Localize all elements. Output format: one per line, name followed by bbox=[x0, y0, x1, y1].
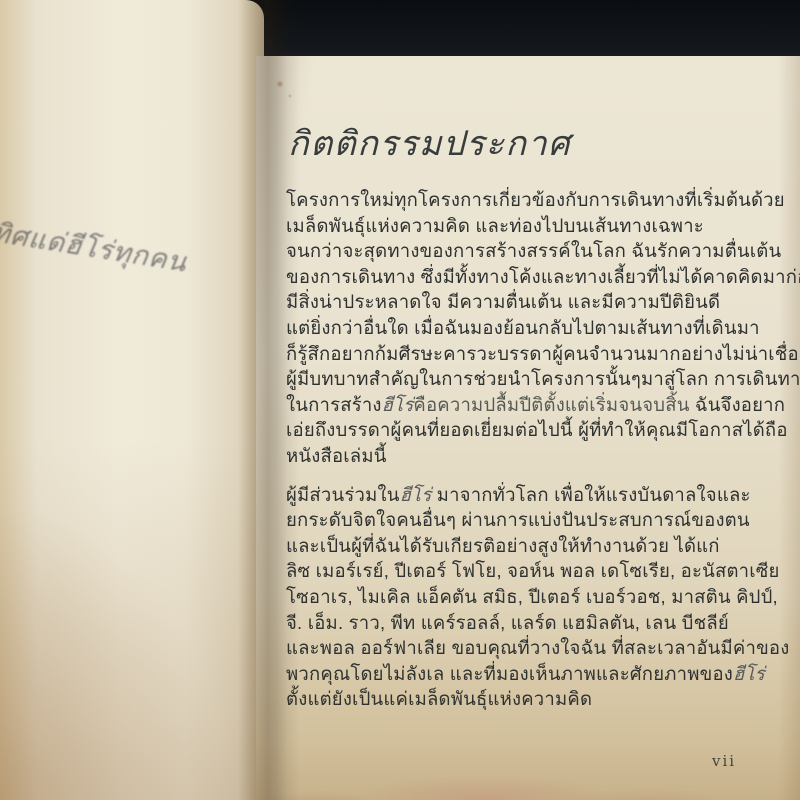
text-segment: เมล็ดพันธุ์แห่งความคิด และท่องไปบนเส้นทา… bbox=[286, 215, 704, 236]
text-line: และพอล ออร์ฟาเลีย ขอบคุณที่วางใจฉัน ที่ส… bbox=[286, 635, 764, 661]
text-line: แต่ยิ่งกว่าอื่นใด เมื่อฉันมองย้อนกลับไปต… bbox=[286, 315, 764, 341]
text-segment: ฮีโร่ bbox=[382, 394, 414, 415]
acknowledgments-text-block: กิตติกรรมประกาศ โครงการใหม่ทุกโครงการเกี… bbox=[286, 116, 764, 712]
text-segment: ของการเดินทาง ซึ่งมีทั้งทางโค้งและทางเลี… bbox=[286, 266, 800, 287]
text-line: ก็รู้สึกอยากก้มศีรษะคารวะบรรดาผู้คนจำนวน… bbox=[286, 341, 764, 367]
text-segment: และพอล ออร์ฟาเลีย ขอบคุณที่วางใจฉัน ที่ส… bbox=[286, 637, 789, 658]
text-segment: ในการสร้าง bbox=[286, 394, 382, 415]
text-segment: ผู้มีส่วนร่วมใน bbox=[286, 484, 400, 505]
text-segment: มีสิ่งน่าประหลาดใจ มีความตื่นเต้น และมีค… bbox=[286, 291, 720, 312]
dedication-showthrough-text: อุทิศแด่ฮีโร่ทุกคน bbox=[0, 208, 190, 284]
paragraph: โครงการใหม่ทุกโครงการเกี่ยวข้องกับการเดิ… bbox=[286, 187, 764, 469]
table-surface-background bbox=[240, 0, 800, 58]
book-photo: อุทิศแด่ฮีโร่ทุกคน กิตติกรรมประกาศ โครงก… bbox=[0, 0, 800, 800]
text-segment: ฮีโร่ bbox=[733, 663, 765, 684]
text-segment: จี. เอ็ม. ราว, พีท แคร์รอลล์, แลร์ด แฮมิ… bbox=[286, 612, 729, 633]
text-segment: ฉันจึงอยาก bbox=[690, 394, 786, 415]
text-line: พวกคุณโดยไม่ลังเล และที่มองเห็นภาพและศัก… bbox=[286, 661, 764, 687]
text-segment: แต่ยิ่งกว่าอื่นใด เมื่อฉันมองย้อนกลับไปต… bbox=[286, 317, 760, 338]
text-segment: ฮีโร่ bbox=[400, 484, 432, 505]
text-line: และเป็นผู้ที่ฉันได้รับเกียรติอย่างสูงให้… bbox=[286, 533, 764, 559]
text-segment: ยกระดับจิตใจคนอื่นๆ ผ่านการแบ่งปันประสบก… bbox=[286, 509, 750, 530]
paragraphs-container: โครงการใหม่ทุกโครงการเกี่ยวข้องกับการเดิ… bbox=[286, 187, 764, 712]
text-line: ผู้มีส่วนร่วมในฮีโร่ มาจากทั่วโลก เพื่อใ… bbox=[286, 482, 764, 508]
text-line: ของการเดินทาง ซึ่งมีทั้งทางโค้งและทางเลี… bbox=[286, 264, 764, 290]
text-line: ลิซ เมอร์เรย์, ปีเตอร์ โฟโย, จอห์น พอล เ… bbox=[286, 558, 764, 584]
text-segment: ก็รู้สึกอยากก้มศีรษะคารวะบรรดาผู้คนจำนวน… bbox=[286, 343, 799, 364]
page-number: vii bbox=[712, 752, 736, 770]
text-segment: ลิซ เมอร์เรย์, ปีเตอร์ โฟโย, จอห์น พอล เ… bbox=[286, 560, 780, 581]
text-line: ในการสร้างฮีโร่คือความปลื้มปีติตั้งแต่เร… bbox=[286, 392, 764, 418]
text-line: เมล็ดพันธุ์แห่งความคิด และท่องไปบนเส้นทา… bbox=[286, 213, 764, 239]
text-line: ตั้งแต่ยังเป็นแค่เมล็ดพันธุ์แห่งความคิด bbox=[286, 686, 764, 712]
text-line: มีสิ่งน่าประหลาดใจ มีความตื่นเต้น และมีค… bbox=[286, 289, 764, 315]
text-line: จนกว่าจะสุดทางของการสร้างสรรค์ในโลก ฉันร… bbox=[286, 238, 764, 264]
text-segment: โซอาเร, ไมเคิล แอ็คตัน สมิธ, ปีเตอร์ เบอ… bbox=[286, 586, 778, 607]
text-line: หนังสือเล่มนี้ bbox=[286, 443, 764, 469]
text-segment: พวกคุณโดยไม่ลังเล และที่มองเห็นภาพและศัก… bbox=[286, 663, 733, 684]
page-title: กิตติกรรมประกาศ bbox=[288, 116, 764, 170]
text-segment: คือความปลื้มปีติตั้งแต่เริ่มจนจบสิ้น bbox=[413, 394, 689, 415]
text-line: ผู้มีบทบาทสำคัญในการช่วยนำโครงการนั้นๆมา… bbox=[286, 366, 764, 392]
text-segment: ตั้งแต่ยังเป็นแค่เมล็ดพันธุ์แห่งความคิด bbox=[286, 688, 592, 709]
text-segment: และเป็นผู้ที่ฉันได้รับเกียรติอย่างสูงให้… bbox=[286, 535, 720, 556]
text-line: จี. เอ็ม. ราว, พีท แคร์รอลล์, แลร์ด แฮมิ… bbox=[286, 610, 764, 636]
paragraph: ผู้มีส่วนร่วมในฮีโร่ มาจากทั่วโลก เพื่อใ… bbox=[286, 482, 764, 712]
text-segment: หนังสือเล่มนี้ bbox=[286, 445, 387, 466]
text-segment: เอ่ยถึงบรรดาผู้คนที่ยอดเยี่ยมต่อไปนี้ ผู… bbox=[286, 419, 788, 440]
text-line: ยกระดับจิตใจคนอื่นๆ ผ่านการแบ่งปันประสบก… bbox=[286, 507, 764, 533]
text-line: โซอาเร, ไมเคิล แอ็คตัน สมิธ, ปีเตอร์ เบอ… bbox=[286, 584, 764, 610]
text-segment: ผู้มีบทบาทสำคัญในการช่วยนำโครงการนั้นๆมา… bbox=[286, 368, 800, 389]
text-segment: โครงการใหม่ทุกโครงการเกี่ยวข้องกับการเดิ… bbox=[286, 189, 785, 210]
text-line: โครงการใหม่ทุกโครงการเกี่ยวข้องกับการเดิ… bbox=[286, 187, 764, 213]
left-page: อุทิศแด่ฮีโร่ทุกคน bbox=[0, 0, 264, 800]
text-segment: มาจากทั่วโลก เพื่อให้แรงบันดาลใจและ bbox=[431, 484, 750, 505]
text-line: เอ่ยถึงบรรดาผู้คนที่ยอดเยี่ยมต่อไปนี้ ผู… bbox=[286, 417, 764, 443]
text-segment: จนกว่าจะสุดทางของการสร้างสรรค์ในโลก ฉันร… bbox=[286, 240, 781, 261]
